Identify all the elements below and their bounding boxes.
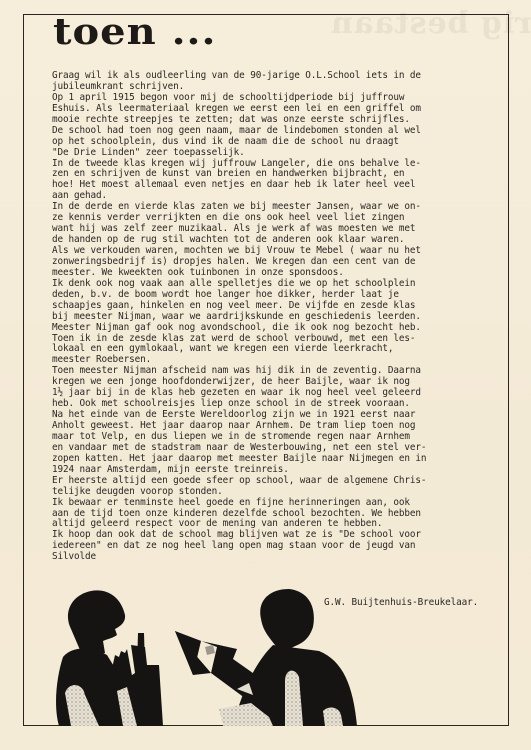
body-line: De school had toen nog geen naam, maar d… [52,126,512,137]
article-title: toen ... [53,10,216,53]
body-line: hoe! Het moest allemaal even netjes en d… [52,180,512,191]
author-signature: G.W. Buijtenhuis-Breukelaar. [324,597,478,608]
body-line: Er heerste altijd een goede sfeer op sch… [52,476,512,487]
right-child-figure [175,589,357,726]
body-line: Ik bewaar er tenminste heel goede en fij… [52,498,512,509]
body-line: telijke deugden voorop stonden. [52,487,512,498]
body-line: bij meester Nijman, waar we aardrijkskun… [52,312,512,323]
body-line: Meester Nijman gaf ook nog avondschool, … [52,323,512,334]
body-line: "De Drie Linden" zeer toepasselijk. [52,148,512,159]
body-line: Silvolde [52,552,512,563]
body-line: schaapjes gaan, hinkelen en nog veel mee… [52,301,512,312]
body-line: op het schoolplein, dus vind ik de naam … [52,137,512,148]
article-body: Graag wil ik als oudleerling van de 90-j… [52,71,512,563]
body-line: iedereen" en dat ze nog heel lang open m… [52,541,512,552]
newspaper-page: 60-jarig bestaan toen ... Graag wil ik a… [0,0,531,750]
